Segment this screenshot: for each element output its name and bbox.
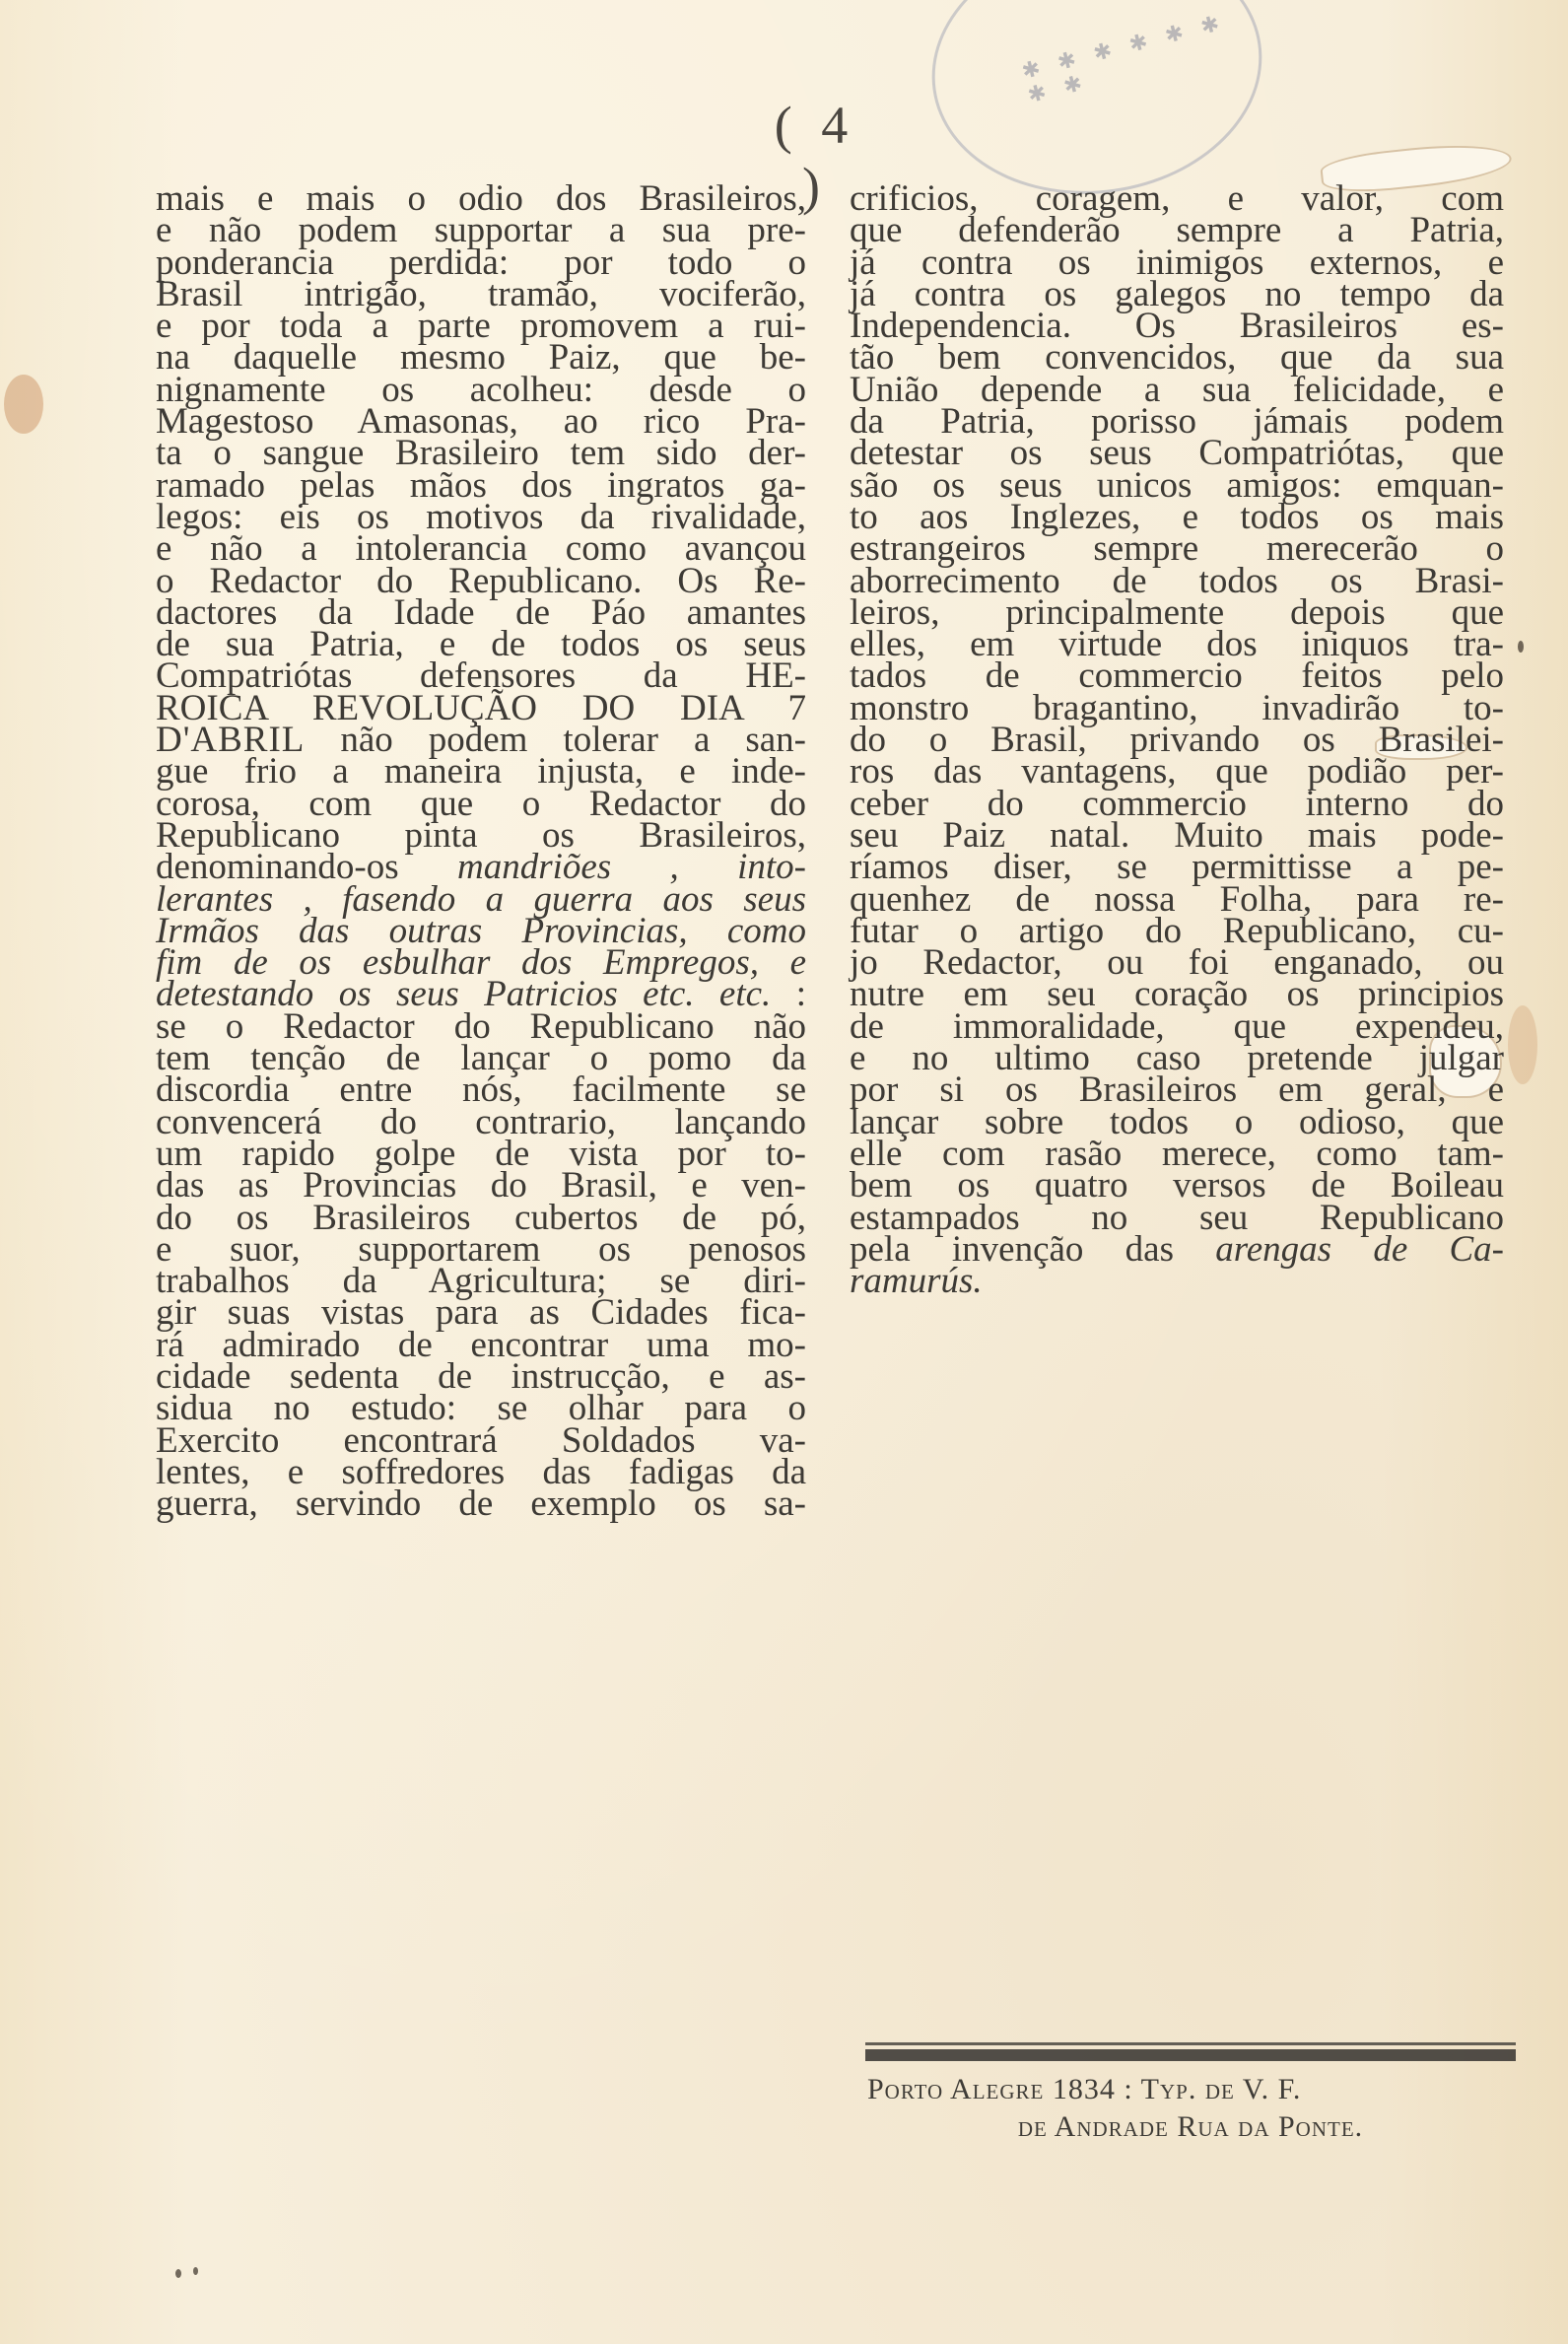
imprint-line-2: de Andrade Rua da Ponte. [865, 2108, 1516, 2146]
stain-left-margin [4, 375, 43, 434]
left-text-column: mais e mais o odio dos Brasileiros,e não… [156, 183, 806, 1520]
imprint-rule-thin [865, 2042, 1516, 2045]
ink-speck [1518, 641, 1524, 653]
text-line: guerra, servindo de exemplo os sa- [156, 1488, 806, 1520]
imprint-rule-thick [865, 2049, 1516, 2061]
printer-imprint: Porto Alegre 1834 : Typ. de V. F. de And… [865, 2042, 1516, 2146]
imprint-line-1: Porto Alegre 1834 : Typ. de V. F. [865, 2071, 1516, 2108]
stain-right-edge [1508, 1005, 1537, 1084]
stamp-stars: ✱ ✱ ✱ ✱ ✱ ✱ ✱ ✱ [1019, 3, 1261, 108]
text-line: ramurús. [850, 1266, 1504, 1297]
right-text-column: crificios, coragem, e valor, comque defe… [850, 183, 1504, 1297]
ink-speck [175, 2269, 181, 2278]
ink-speck [193, 2267, 198, 2275]
